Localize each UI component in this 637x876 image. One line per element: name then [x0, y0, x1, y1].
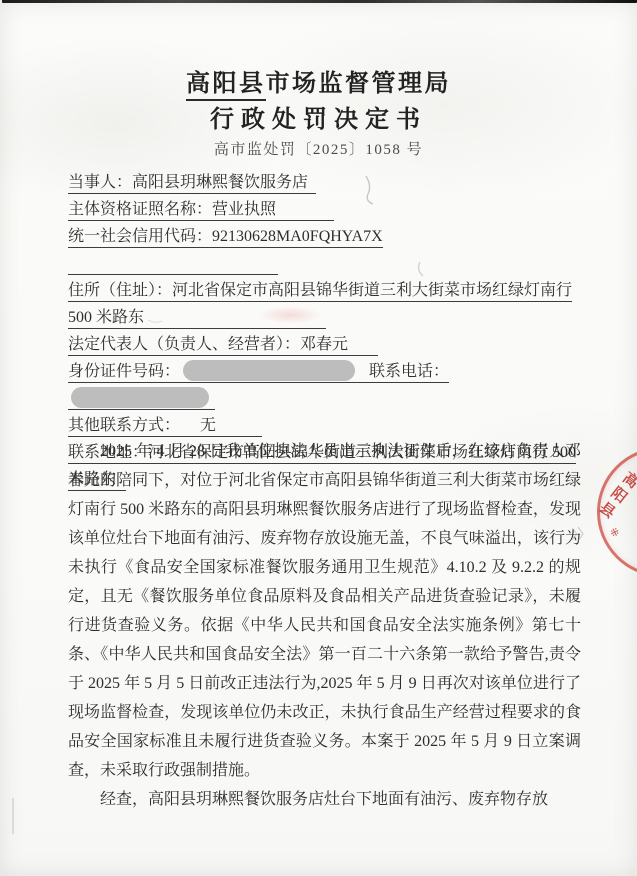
document-body: 2025 年 4 月 28 日我单位执法人员出示执法证件后，在该店负责人邓春元的…: [68, 437, 581, 814]
field-row-party: 当事人：高阳县玥琳熙餐饮服务店: [68, 169, 581, 196]
field-row-address: 住所（住址）：河北省保定市高阳县锦华街道三利大街菜市场红绿灯南行 500 米路东: [68, 277, 581, 331]
field-value: 邓春元: [300, 336, 348, 353]
agency-title: 高阳县市场监督管理局: [0, 72, 637, 96]
field-label: 统一社会信用代码：: [68, 228, 212, 245]
field-label: 主体资格证照名称：: [68, 201, 212, 218]
field-row-credit-code: 统一社会信用代码：92130628MA0FQHYA7X: [68, 223, 581, 277]
body-paragraph-investigation: 经查，高阳县玥琳熙餐饮服务店灶台下地面有油污、废弃物存放: [68, 785, 581, 814]
scanned-document-page: 高阳县市场监督管理局 行政处罚决定书 高市监处罚〔2025〕1058 号 当事人…: [0, 0, 637, 876]
field-label: 住所（住址）：: [68, 282, 172, 299]
field-label: 法定代表人（负责人、经营者）：: [68, 336, 300, 353]
body-paragraph-findings: 2025 年 4 月 28 日我单位执法人员出示执法证件后，在该店负责人邓春元的…: [68, 437, 581, 785]
seal-star-icon: ※: [608, 525, 621, 540]
field-value: 营业执照: [212, 201, 276, 218]
document-header: 高阳县市场监督管理局 行政处罚决定书 高市监处罚〔2025〕1058 号: [0, 72, 637, 158]
field-row-other-contact: 其他联系方式：无: [68, 412, 581, 439]
field-value: 92130628MA0FQHYA7X: [212, 228, 383, 245]
field-label: 身份证件号码：: [68, 363, 180, 380]
official-seal-partial: 高阳县 ※: [597, 447, 637, 577]
scan-edge-artifact: [2, 0, 637, 3]
field-label: 其他联系方式：: [68, 417, 180, 434]
redaction-blob-phone: [71, 387, 209, 408]
field-value: 高阳县玥琳熙餐饮服务店: [132, 174, 308, 191]
field-row-license-name: 主体资格证照名称：营业执照: [68, 196, 581, 223]
field-value: 无: [200, 417, 216, 434]
red-ink-smudge-artifact: [258, 306, 322, 324]
field-row-legal-rep: 法定代表人（负责人、经营者）：邓春元: [68, 331, 581, 358]
field-label-phone: 联系电话：: [369, 363, 449, 380]
document-title: 行政处罚决定书: [0, 108, 637, 132]
field-label: 当事人：: [68, 174, 132, 191]
agency-title-underlined: 高阳县: [186, 71, 266, 101]
field-row-id-phone: 身份证件号码：联系电话：: [68, 358, 581, 412]
agency-title-rest: 市场监督管理局: [266, 71, 452, 97]
redaction-blob-id-number: [183, 360, 355, 381]
seal-text: 高阳县: [592, 467, 637, 525]
document-number: 高市监处罚〔2025〕1058 号: [0, 143, 637, 158]
